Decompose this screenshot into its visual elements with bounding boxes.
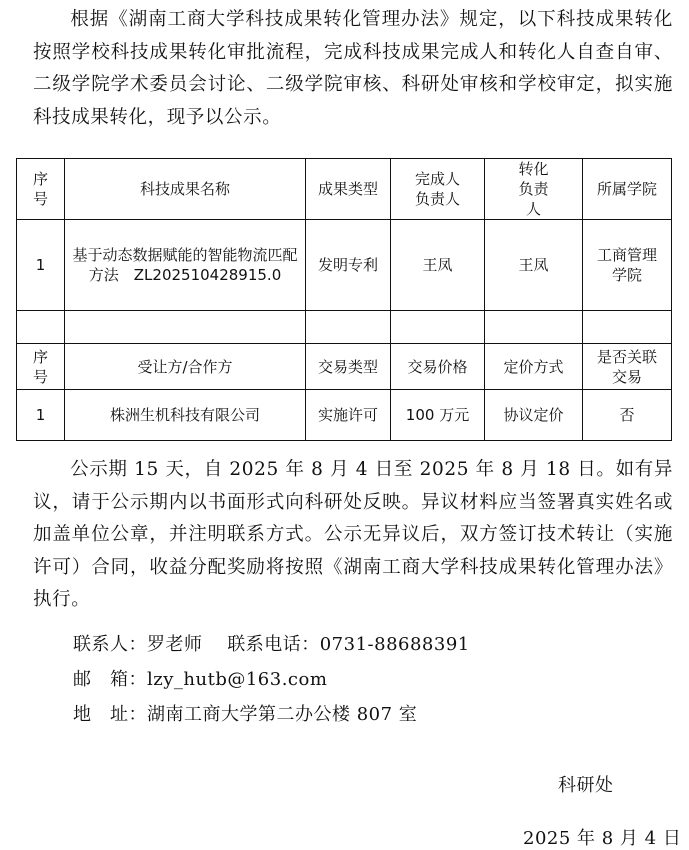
header-creator: 完成人负责人 (391, 159, 485, 220)
cell-name: 基于动态数据赋能的智能物流匹配方法 ZL202510428915.0 (65, 220, 306, 311)
notice-paragraph: 公示期 15 天，自 2025 年 8 月 4 日至 2025 年 8 月 18… (33, 454, 673, 617)
achievement-table: 序号 科技成果名称 成果类型 完成人负责人 转化负责人 所属学院 1 基于动态数… (16, 158, 672, 441)
header-college: 所属学院 (583, 159, 672, 220)
cell-price: 100 万元 (391, 390, 485, 441)
cell-seq: 1 (17, 220, 65, 311)
cell-creator: 王凤 (391, 220, 485, 311)
header2-price: 交易价格 (391, 344, 485, 390)
contact-address: 地 址：湖南工商大学第二办公楼 807 室 (73, 703, 417, 727)
empty-cell (391, 311, 485, 344)
header2-seq: 序号 (17, 344, 65, 390)
intro-text: 根据《湖南工商大学科技成果转化管理办法》规定，以下科技成果转化按照学校科技成果转… (33, 9, 673, 128)
cell-party: 株洲生机科技有限公司 (65, 390, 306, 441)
header2-deal-type: 交易类型 (306, 344, 391, 390)
header2-related: 是否关联交易 (583, 344, 672, 390)
cell-related: 否 (583, 390, 672, 441)
cell-deal-type: 实施许可 (306, 390, 391, 441)
empty-cell (65, 311, 306, 344)
cell-college: 工商管理学院 (583, 220, 672, 311)
header2-pricing: 定价方式 (485, 344, 583, 390)
table-row: 1 株洲生机科技有限公司 实施许可 100 万元 协议定价 否 (17, 390, 672, 441)
header-name: 科技成果名称 (65, 159, 306, 220)
contact-email: 邮 箱：lzy_hutb@163.com (73, 668, 327, 692)
signature-date: 2025 年 8 月 4 日 (523, 824, 681, 850)
cell-seq: 1 (17, 390, 65, 441)
signature-department: 科研处 (558, 771, 614, 797)
empty-cell (306, 311, 391, 344)
empty-cell (485, 311, 583, 344)
cell-type: 发明专利 (306, 220, 391, 311)
cell-transfer: 王凤 (485, 220, 583, 311)
header-type: 成果类型 (306, 159, 391, 220)
intro-paragraph: 根据《湖南工商大学科技成果转化管理办法》规定，以下科技成果转化按照学校科技成果转… (33, 4, 673, 134)
header-seq: 序号 (17, 159, 65, 220)
cell-pricing: 协议定价 (485, 390, 583, 441)
table-header-row: 序号 科技成果名称 成果类型 完成人负责人 转化负责人 所属学院 (17, 159, 672, 220)
header2-party: 受让方/合作方 (65, 344, 306, 390)
empty-cell (17, 311, 65, 344)
table-row: 1 基于动态数据赋能的智能物流匹配方法 ZL202510428915.0 发明专… (17, 220, 672, 311)
empty-row (17, 311, 672, 344)
header-transfer: 转化负责人 (485, 159, 583, 220)
empty-cell (583, 311, 672, 344)
table-header-row-2: 序号 受让方/合作方 交易类型 交易价格 定价方式 是否关联交易 (17, 344, 672, 390)
notice-text: 公示期 15 天，自 2025 年 8 月 4 日至 2025 年 8 月 18… (33, 459, 673, 610)
contact-person: 联系人：罗老师 联系电话：0731-88688391 (73, 633, 470, 657)
